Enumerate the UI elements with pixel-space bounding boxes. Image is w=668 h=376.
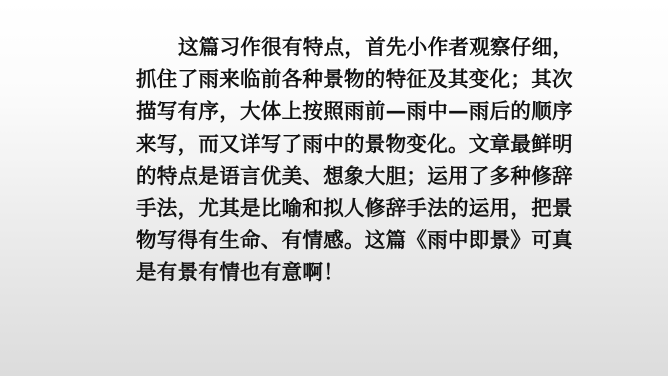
slide: 这篇习作很有特点，首先小作者观察仔细， 抓住了雨来临前各种景物的特征及其变化；其…: [0, 0, 668, 376]
paragraph-line: 的特点是语言优美、想象大胆；运用了多种修辞: [136, 160, 556, 192]
paragraph-line: 这篇习作很有特点，首先小作者观察仔细，: [136, 31, 556, 63]
paragraph-line: 物写得有生命、有情感。这篇《雨中即景》可真: [136, 224, 556, 256]
paragraph-line: 手法，尤其是比喻和拟人修辞手法的运用，把景: [136, 192, 556, 224]
paragraph-line: 来写，而又详写了雨中的景物变化。文章最鲜明: [136, 128, 556, 160]
paragraph-line: 抓住了雨来临前各种景物的特征及其变化；其次: [136, 63, 556, 95]
paragraph-line: 描写有序，大体上按照雨前—雨中—雨后的顺序: [136, 95, 556, 127]
paragraph-line: 是有景有情也有意啊！: [136, 256, 556, 288]
commentary-paragraph: 这篇习作很有特点，首先小作者观察仔细， 抓住了雨来临前各种景物的特征及其变化；其…: [136, 31, 556, 289]
